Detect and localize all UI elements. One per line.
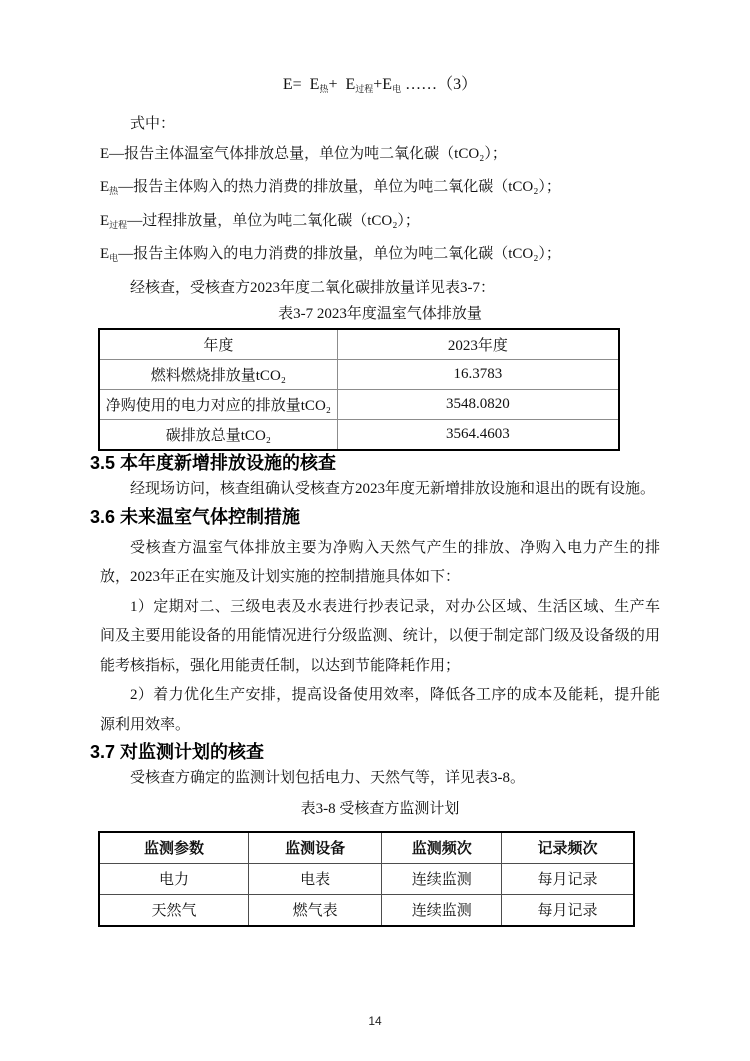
definition-text: —过程排放量，单位为吨二氧化碳（tCO₂）； bbox=[127, 213, 420, 229]
table-header-row: 监测参数 监测设备 监测频次 记录频次 bbox=[99, 832, 634, 864]
page-content: E= E热+ E过程+E电 ……（3） 式中： E—报告主体温室气体排放总量，单… bbox=[100, 0, 660, 927]
section-heading-3-5: 3.5 本年度新增排放设施的核查 bbox=[90, 451, 660, 475]
definition-line-e-process: E过程—过程排放量，单位为吨二氧化碳（tCO₂）； bbox=[100, 207, 660, 241]
table-cell: 连续监测 bbox=[382, 863, 502, 894]
definition-line-e-electricity: E电—报告主体购入的电力消费的排放量，单位为吨二氧化碳（tCO₂）； bbox=[100, 240, 660, 274]
formula-subscript-electricity: 电 bbox=[392, 84, 401, 94]
table37-caption: 表3-7 2023年度温室气体排放量 bbox=[100, 303, 660, 325]
table-row: 碳排放总量tCO₂ 3564.4603 bbox=[99, 420, 619, 451]
formula-definitions: 式中： E—报告主体温室气体排放总量，单位为吨二氧化碳（tCO₂）； E热—报告… bbox=[100, 110, 660, 303]
definitions-intro: 式中： bbox=[100, 110, 660, 140]
table-cell: 碳排放总量tCO₂ bbox=[99, 420, 337, 451]
table-cell: 3564.4603 bbox=[337, 420, 619, 451]
table-row: 燃料燃烧排放量tCO₂ 16.3783 bbox=[99, 360, 619, 390]
section-3-5-paragraph: 经现场访问，核查组确认受核查方2023年度无新增排放设施和退出的既有设施。 bbox=[100, 475, 660, 505]
definition-text: —报告主体购入的电力消费的排放量，单位为吨二氧化碳（tCO₂）； bbox=[118, 246, 561, 262]
section-3-7-paragraph: 受核查方确定的监测计划包括电力、天然气等，详见表3-8。 bbox=[100, 764, 660, 794]
table-cell: 每月记录 bbox=[502, 863, 634, 894]
section-heading-3-6: 3.6 未来温室气体控制措施 bbox=[90, 505, 660, 529]
table-row: 年度 2023年度 bbox=[99, 329, 619, 360]
table-cell: 燃料燃烧排放量tCO₂ bbox=[99, 360, 337, 390]
table-cell: 3548.0820 bbox=[337, 390, 619, 420]
formula-part: +E bbox=[373, 76, 392, 93]
definition-symbol: E bbox=[100, 246, 109, 262]
table38-caption: 表3-8 受核查方监测计划 bbox=[100, 798, 660, 820]
table-cell: 年度 bbox=[99, 329, 337, 360]
definition-symbol: E bbox=[100, 213, 109, 229]
table-cell: 2023年度 bbox=[337, 329, 619, 360]
paragraph: 受核查方温室气体排放主要为净购入天然气产生的排放、净购入电力产生的排放，2023… bbox=[100, 534, 660, 593]
table-row: 净购使用的电力对应的排放量tCO₂ 3548.0820 bbox=[99, 390, 619, 420]
definition-text: —报告主体温室气体排放总量，单位为吨二氧化碳（tCO₂）； bbox=[109, 146, 507, 162]
paragraph: 2）着力优化生产安排，提高设备使用效率，降低各工序的成本及能耗，提升能源利用效率… bbox=[100, 681, 660, 740]
monitoring-plan-table: 监测参数 监测设备 监测频次 记录频次 电力 电表 连续监测 每月记录 天然气 … bbox=[98, 831, 635, 927]
definition-line-e-heat: E热—报告主体购入的热力消费的排放量，单位为吨二氧化碳（tCO₂）； bbox=[100, 173, 660, 207]
table-cell: 每月记录 bbox=[502, 894, 634, 926]
table-cell: 电力 bbox=[99, 863, 248, 894]
emission-formula: E= E热+ E过程+E电 ……（3） bbox=[100, 73, 660, 101]
table-cell: 16.3783 bbox=[337, 360, 619, 390]
formula-part: E= E bbox=[283, 76, 320, 93]
document-page: E= E热+ E过程+E电 ……（3） 式中： E—报告主体温室气体排放总量，单… bbox=[0, 0, 750, 1061]
paragraph: 1）定期对二、三级电表及水表进行抄表记录，对办公区域、生活区域、生产车间及主要用… bbox=[100, 593, 660, 682]
table-row: 天然气 燃气表 连续监测 每月记录 bbox=[99, 894, 634, 926]
page-number: 14 bbox=[0, 1014, 750, 1028]
definition-symbol: E bbox=[100, 179, 109, 195]
definition-line-e: E—报告主体温室气体排放总量，单位为吨二氧化碳（tCO₂）； bbox=[100, 140, 660, 174]
formula-part: ……（3） bbox=[401, 76, 477, 93]
table-header-cell: 监测设备 bbox=[248, 832, 382, 864]
definition-text: —报告主体购入的热力消费的排放量，单位为吨二氧化碳（tCO₂）； bbox=[118, 179, 561, 195]
formula-part: + E bbox=[328, 76, 355, 93]
table-cell: 连续监测 bbox=[382, 894, 502, 926]
table-header-cell: 监测频次 bbox=[382, 832, 502, 864]
emissions-table: 年度 2023年度 燃料燃烧排放量tCO₂ 16.3783 净购使用的电力对应的… bbox=[98, 328, 620, 451]
definition-symbol: E bbox=[100, 146, 109, 162]
table-cell: 天然气 bbox=[99, 894, 248, 926]
table-cell: 净购使用的电力对应的排放量tCO₂ bbox=[99, 390, 337, 420]
formula-subscript-process: 过程 bbox=[355, 84, 373, 94]
table-header-cell: 记录频次 bbox=[502, 832, 634, 864]
table-header-cell: 监测参数 bbox=[99, 832, 248, 864]
section-3-6-paragraphs: 受核查方温室气体排放主要为净购入天然气产生的排放、净购入电力产生的排放，2023… bbox=[100, 534, 660, 741]
definition-subscript: 热 bbox=[109, 186, 118, 196]
definition-subscript: 过程 bbox=[109, 220, 127, 230]
section-heading-3-7: 3.7 对监测计划的核查 bbox=[90, 740, 660, 764]
table-row: 电力 电表 连续监测 每月记录 bbox=[99, 863, 634, 894]
table-cell: 电表 bbox=[248, 863, 382, 894]
table-cell: 燃气表 bbox=[248, 894, 382, 926]
definition-subscript: 电 bbox=[109, 253, 118, 263]
definitions-closing: 经核查，受核查方2023年度二氧化碳排放量详见表3-7： bbox=[100, 274, 660, 304]
